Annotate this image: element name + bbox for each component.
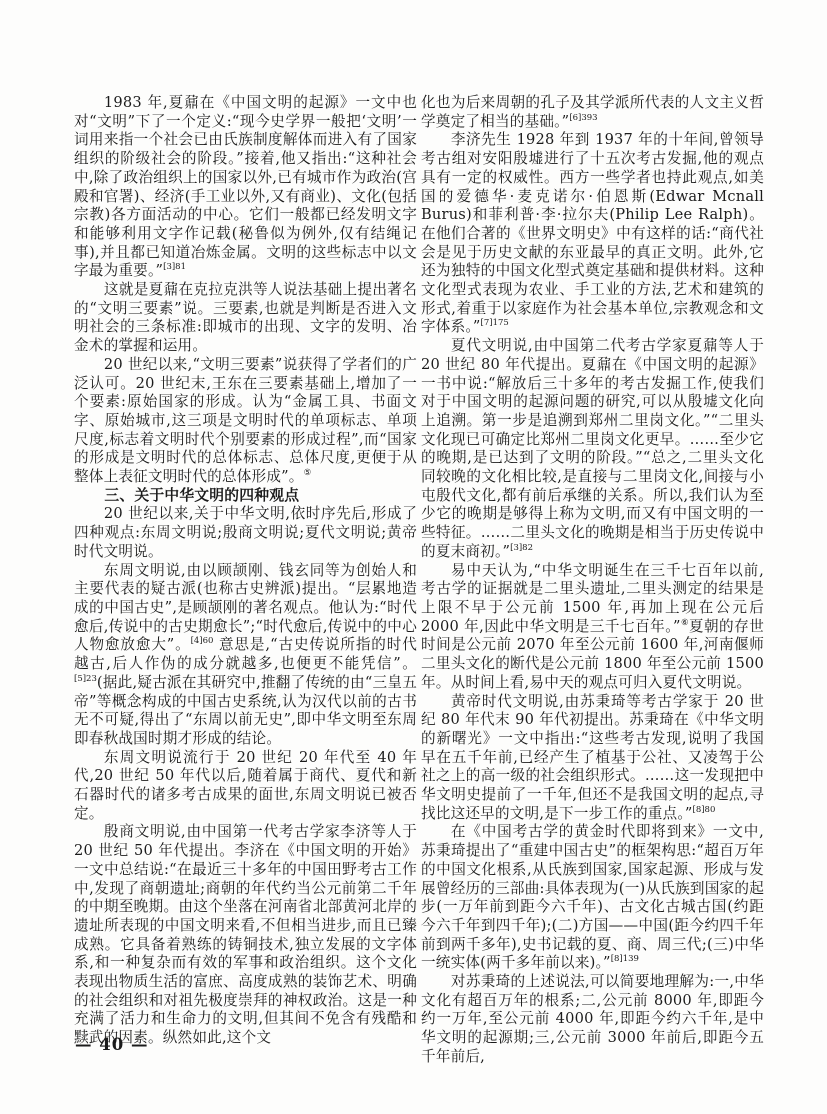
citation-superscript: ⑤ xyxy=(304,468,312,478)
section-heading: 三、关于中华文明的四种观点 xyxy=(74,487,417,506)
paragraph: 20 世纪以来,关于中华文明,依时序先后,形成了四种观点:东周文明说;殷商文明说… xyxy=(74,505,417,561)
paragraph-continuation: 化也为后来周朝的孔子及其学派所代表的人文主义哲学奠定了相当的基础。”[6]393 xyxy=(421,94,764,131)
paragraph: 1983 年,夏鼐在《中国文明的起源》一文中也对“文明”下了一个定义:“现今史学… xyxy=(74,94,417,281)
paragraph: 殷商文明说,由中国第一代考古学家李济等人于 20 世纪 50 年代提出。李济在《… xyxy=(74,823,417,1047)
paragraph: 易中天认为,“中华文明诞生在三千七百年以前,考古学的证据就是二里头遗址,二里头测… xyxy=(421,562,764,693)
citation-superscript: [8]80 xyxy=(693,805,716,815)
citation-superscript: [5]23 xyxy=(74,674,97,684)
citation-superscript: ⑥ xyxy=(681,618,689,628)
citation-superscript: [7]175 xyxy=(481,319,509,329)
paragraph: 东周文明说流行于 20 世纪 20 年代至 40 年代,20 世纪 50 年代以… xyxy=(74,749,417,824)
right-column: 化也为后来周朝的孔子及其学派所代表的人文主义哲学奠定了相当的基础。”[6]393… xyxy=(421,94,764,1067)
citation-superscript: [6]393 xyxy=(569,113,597,123)
paragraph: 夏代文明说,由中国第二代考古学家夏鼐等人于 20 世纪 80 年代提出。夏鼐在《… xyxy=(421,337,764,561)
paragraph: 这就是夏鼐在克拉克洪等人说法基础上提出著名的“文明三要素”说。三要素,也就是判断… xyxy=(74,281,417,356)
citation-superscript: [3]81 xyxy=(163,262,186,272)
paragraph: 在《中国考古学的黄金时代即将到来》一文中,苏秉琦提出了“重建中国古史”的框架构思… xyxy=(421,823,764,973)
paragraph: 李济先生 1928 年到 1937 年的十年间,曾领导考古组对安阳殷墟进行了十五… xyxy=(421,131,764,337)
paragraph: 对苏秉琦的上述说法,可以简要地理解为:一,中华文化有超百万年的根系;二,公元前 … xyxy=(421,973,764,1067)
left-column: 1983 年,夏鼐在《中国文明的起源》一文中也对“文明”下了一个定义:“现今史学… xyxy=(74,94,417,1048)
paragraph: 20 世纪以来,“文明三要素”说获得了学者们的广泛认可。20 世纪末,王东在三要… xyxy=(74,356,417,487)
paragraph: 黄帝时代文明说,由苏秉琦等考古学家于 20 世纪 80 年代末 90 年代初提出… xyxy=(421,693,764,824)
citation-superscript: [3]82 xyxy=(510,543,533,553)
paragraph: 东周文明说,由以顾颉刚、钱玄同等为创始人和主要代表的疑古派(也称古史辨派)提出。… xyxy=(74,562,417,749)
citation-superscript: [8]139 xyxy=(611,954,639,964)
page-number: — 40 — xyxy=(75,1035,148,1054)
citation-superscript: [4]60 xyxy=(191,637,214,647)
document-page: 1983 年,夏鼐在《中国文明的起源》一文中也对“文明”下了一个定义:“现今史学… xyxy=(0,0,827,1114)
